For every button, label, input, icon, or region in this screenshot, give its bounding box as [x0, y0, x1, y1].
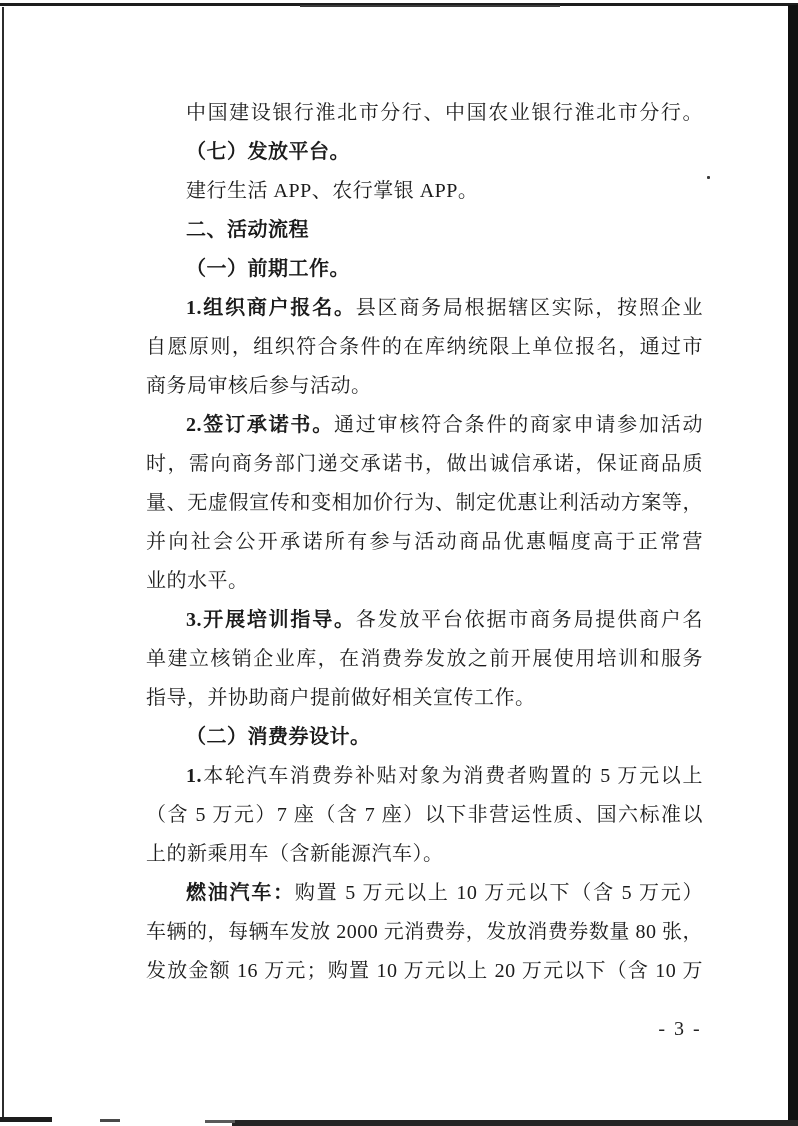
text-run: 单建立核销企业库，在消费券发放之前开展使用培训和服务: [146, 648, 703, 670]
text-line: （含 5 万元）7 座（含 7 座）以下非营运性质、国六标准以: [146, 796, 703, 835]
text-run: 建行生活 APP、农行掌银 APP。: [186, 180, 478, 202]
text-run: 指导，并协助商户提前做好相关宣传工作。: [146, 687, 536, 709]
text-run: 燃油汽车：: [186, 882, 295, 904]
text-line: 建行生活 APP、农行掌银 APP。: [146, 172, 703, 211]
text-run: 1.: [186, 765, 202, 787]
text-line: 车辆的，每辆车发放 2000 元消费券，发放消费券数量 80 张，: [146, 913, 703, 952]
text-run: 业的水平。: [146, 570, 249, 592]
text-run: （二）消费券设计。: [186, 726, 371, 748]
scan-border-bottom-segment: [0, 1117, 52, 1122]
text-run: 2.签订承诺书。: [186, 414, 334, 436]
text-block: 中国建设银行淮北市分行、中国农业银行淮北市分行。（七）发放平台。建行生活 APP…: [146, 94, 703, 991]
text-run: 1.组织商户报名。: [186, 297, 356, 319]
text-line: 发放金额 16 万元；购置 10 万元以上 20 万元以下（含 10 万: [146, 952, 703, 991]
text-line: 1.本轮汽车消费券补贴对象为消费者购置的 5 万元以上: [146, 757, 703, 796]
text-line: （二）消费券设计。: [146, 718, 703, 757]
text-line: 1.组织商户报名。县区商务局根据辖区实际，按照企业: [146, 289, 703, 328]
text-line: （七）发放平台。: [146, 133, 703, 172]
text-run: （一）前期工作。: [186, 258, 350, 280]
scan-border-left: [2, 7, 4, 1120]
text-run: 县区商务局根据辖区实际，按照企业: [356, 297, 703, 319]
text-line: 二、活动流程: [146, 211, 703, 250]
text-run: 商务局审核后参与活动。: [146, 375, 372, 397]
scan-border-bottom-segment: [205, 1120, 235, 1123]
text-run: 量、无虚假宣传和变相加价行为、制定优惠让利活动方案等，: [146, 492, 703, 514]
text-run: 二、活动流程: [186, 219, 309, 241]
text-line: 3.开展培训指导。各发放平台依据市商务局提供商户名: [146, 601, 703, 640]
scan-border-right: [788, 5, 798, 1126]
text-run: 中国建设银行淮北市分行、中国农业银行淮北市分行。: [186, 102, 703, 124]
text-run: 自愿原则，组织符合条件的在库纳统限上单位报名，通过市: [146, 336, 703, 358]
text-line: 上的新乘用车（含新能源汽车）。: [146, 835, 703, 874]
text-line: 自愿原则，组织符合条件的在库纳统限上单位报名，通过市: [146, 328, 703, 367]
text-run: 发放金额 16 万元；购置 10 万元以上 20 万元以下（含 10 万: [146, 960, 703, 982]
text-run: （七）发放平台。: [186, 141, 350, 163]
text-line: 中国建设银行淮北市分行、中国农业银行淮北市分行。: [146, 94, 703, 133]
text-run: 并向社会公开承诺所有参与活动商品优惠幅度高于正常营: [146, 531, 703, 553]
text-line: 量、无虚假宣传和变相加价行为、制定优惠让利活动方案等，: [146, 484, 703, 523]
scan-border-bottom: [232, 1120, 798, 1126]
page-number: - 3 -: [640, 1018, 720, 1041]
text-run: 本轮汽车消费券补贴对象为消费者购置的 5 万元以上: [202, 765, 703, 787]
text-run: 通过审核符合条件的商家申请参加活动: [334, 414, 703, 436]
text-line: 业的水平。: [146, 562, 703, 601]
text-line: 商务局审核后参与活动。: [146, 367, 703, 406]
text-line: 燃油汽车：购置 5 万元以上 10 万元以下（含 5 万元）: [146, 874, 703, 913]
text-line: 指导，并协助商户提前做好相关宣传工作。: [146, 679, 703, 718]
text-line: 时，需向商务部门递交承诺书，做出诚信承诺，保证商品质: [146, 445, 703, 484]
text-line: 2.签订承诺书。通过审核符合条件的商家申请参加活动: [146, 406, 703, 445]
scan-border-top-shade: [300, 5, 560, 7]
scanned-document-page: 中国建设银行淮北市分行、中国农业银行淮北市分行。（七）发放平台。建行生活 APP…: [0, 0, 798, 1126]
text-run: 3.开展培训指导。: [186, 609, 356, 631]
text-line: （一）前期工作。: [146, 250, 703, 289]
text-run: 购置 5 万元以上 10 万元以下（含 5 万元）: [295, 882, 703, 904]
text-run: 上的新乘用车（含新能源汽车）。: [146, 843, 444, 865]
text-run: 时，需向商务部门递交承诺书，做出诚信承诺，保证商品质: [146, 453, 703, 475]
text-line: 单建立核销企业库，在消费券发放之前开展使用培训和服务: [146, 640, 703, 679]
text-run: 各发放平台依据市商务局提供商户名: [356, 609, 703, 631]
scan-speck: [707, 176, 710, 179]
scan-border-bottom-segment: [100, 1119, 120, 1122]
text-run: 车辆的，每辆车发放 2000 元消费券，发放消费券数量 80 张，: [146, 921, 703, 943]
text-line: 并向社会公开承诺所有参与活动商品优惠幅度高于正常营: [146, 523, 703, 562]
text-run: （含 5 万元）7 座（含 7 座）以下非营运性质、国六标准以: [146, 804, 703, 826]
